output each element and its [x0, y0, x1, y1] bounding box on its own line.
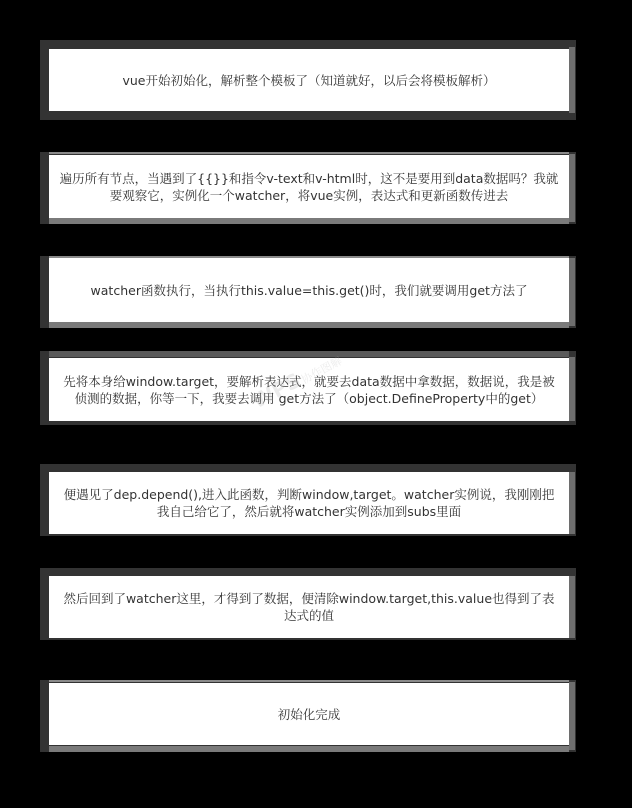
step-box: vue开始初始化，解析整个模板了（知道就好，以后会将模板解析） [49, 49, 569, 111]
step-label: 初始化完成 [278, 706, 341, 723]
step-label: 遍历所有节点，当遇到了{{}}和指令v-text和v-html时，这不是要用到d… [59, 170, 559, 204]
flow-step-7: 初始化完成 [40, 680, 576, 752]
box-shadow-edge [569, 47, 575, 113]
flow-step-4: 先将本身给window.target，要解析表达式，就要去data数据中拿数据，… [40, 351, 576, 425]
step-box: 然后回到了watcher这里，才得到了数据，便清除window.target,t… [49, 576, 569, 638]
box-top-edge [49, 680, 569, 682]
flow-step-2: 遍历所有节点，当遇到了{{}}和指令v-text和v-html时，这不是要用到d… [40, 152, 576, 224]
step-label: 然后回到了watcher这里，才得到了数据，便清除window.target,t… [59, 590, 559, 624]
flow-step-3: watcher函数执行，当执行this.value=this.get()时，我们… [40, 256, 576, 328]
step-box: 初始化完成 [49, 683, 569, 745]
box-bottom-edge [49, 218, 569, 224]
step-box: 便遇见了dep.depend(),进入此函数，判断window,target。w… [49, 472, 569, 534]
flow-step-5: 便遇见了dep.depend(),进入此函数，判断window,target。w… [40, 464, 576, 536]
box-shadow-edge [569, 472, 575, 534]
step-label: vue开始初始化，解析整个模板了（知道就好，以后会将模板解析） [122, 72, 495, 89]
step-label: watcher函数执行，当执行this.value=this.get()时，我们… [91, 282, 528, 299]
step-label: 先将本身给window.target，要解析表达式，就要去data数据中拿数据，… [59, 373, 559, 407]
flow-step-6: 然后回到了watcher这里，才得到了数据，便清除window.target,t… [40, 568, 576, 640]
step-box: watcher函数执行，当执行this.value=this.get()时，我们… [49, 258, 569, 322]
box-shadow-edge [569, 258, 575, 326]
box-shadow-edge [569, 682, 575, 750]
box-shadow-edge [569, 357, 575, 421]
step-box: 遍历所有节点，当遇到了{{}}和指令v-text和v-html时，这不是要用到d… [49, 155, 569, 218]
step-box: 先将本身给window.target，要解析表达式，就要去data数据中拿数据，… [49, 358, 569, 421]
step-label: 便遇见了dep.depend(),进入此函数，判断window,target。w… [59, 486, 559, 520]
box-shadow-edge [569, 576, 575, 638]
box-top-edge [49, 351, 569, 357]
flow-step-1: vue开始初始化，解析整个模板了（知道就好，以后会将模板解析） [40, 40, 576, 120]
box-bottom-edge [49, 746, 569, 752]
box-shadow-edge [569, 154, 575, 222]
box-top-edge [49, 152, 569, 154]
box-bottom-edge [49, 322, 569, 328]
